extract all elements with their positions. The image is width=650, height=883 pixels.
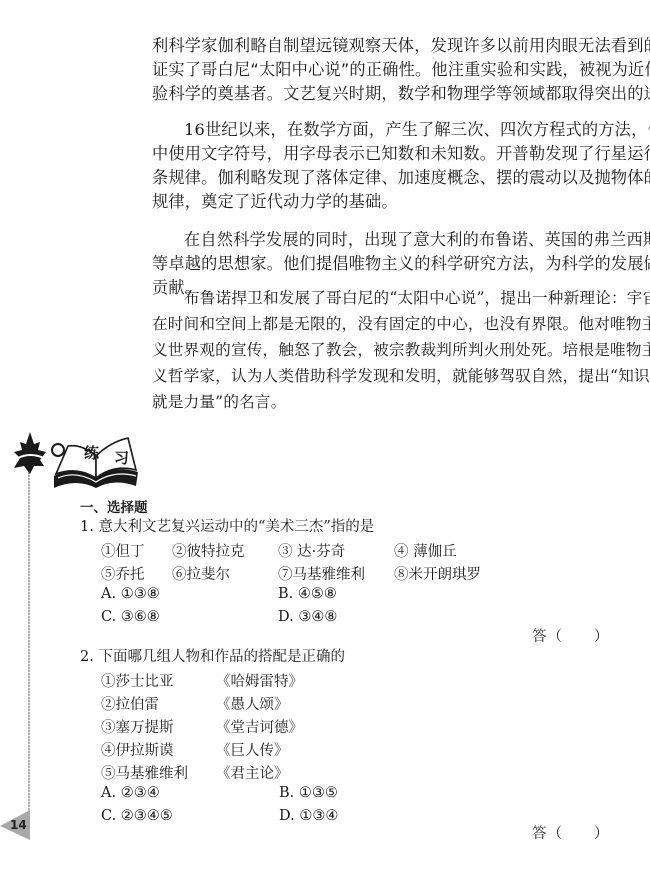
option-item: ②彼特拉克 [172, 540, 245, 561]
paragraph-bruno-bacon: 布鲁诺捍卫和发展了哥白尼的“太阳中心说”，提出一种新理论：宇宙 在时间和空间上都… [152, 285, 626, 415]
answer-blank-2[interactable]: 答（ ） [532, 822, 610, 843]
page-number: 14 [10, 818, 27, 832]
paragraph-mathematics: 16世纪以来，在数学方面，产生了解三次、四次方程式的方法，代数学 中使用文字符号… [152, 118, 626, 214]
pair-work: 《愚人颂》 [216, 693, 289, 714]
pair-person: ④伊拉斯谟 [101, 739, 174, 760]
section-title: 一、选择题 [80, 496, 148, 516]
text-line: 在时间和空间上都是无限的，没有固定的中心，也没有界限。他对唯物主 [152, 311, 626, 337]
text-line: 规律，奠定了近代动力学的基础。 [152, 190, 626, 214]
question-1-stem: 1. 意大利文艺复兴运动中的“美术三杰”指的是 [80, 516, 374, 539]
choice-a[interactable]: A. ②③④ [101, 785, 160, 801]
text-line: 义世界观的宣传，触怒了教会，被宗教裁判所判火刑处死。培根是唯物主 [152, 337, 626, 363]
choice-d[interactable]: D. ③④⑧ [278, 609, 337, 625]
exercise-logo: 练 习 [10, 428, 140, 490]
text-line: 利科学家伽利略自制望远镜观察天体，发现许多以前用肉眼无法看到的星体， [152, 34, 626, 58]
svg-text:习: 习 [114, 449, 129, 467]
text-line: 中使用文字符号，用字母表示已知数和未知数。开普勒发现了行星运行的三 [152, 142, 626, 166]
choice-a[interactable]: A. ①③⑧ [101, 586, 160, 602]
pair-person: ⑤马基雅维利 [101, 762, 188, 783]
pair-work: 《堂吉诃德》 [216, 716, 303, 737]
question-text: 意大利文艺复兴运动中的“美术三杰”指的是 [98, 519, 374, 535]
option-item: ⑥拉斐尔 [172, 563, 230, 584]
question-text: 下面哪几组人物和作品的搭配是正确的 [98, 649, 345, 665]
pair-person: ②拉伯雷 [101, 693, 159, 714]
choice-c[interactable]: C. ③⑥⑧ [101, 609, 160, 625]
text-line: 等卓越的思想家。他们提倡唯物主义的科学研究方法，为科学的发展做出了 [152, 252, 626, 276]
choice-b[interactable]: B. ④⑤⑧ [278, 586, 337, 602]
pair-work: 《巨人传》 [216, 739, 289, 760]
option-item: ①但丁 [101, 540, 145, 561]
answer-blank-1[interactable]: 答（ ） [532, 625, 610, 646]
text-line: 在自然科学发展的同时，出现了意大利的布鲁诺、英国的弗兰西斯·培根 [152, 228, 626, 252]
margin-rule [28, 448, 30, 826]
svg-text:练: 练 [84, 444, 100, 462]
text-line: 16世纪以来，在数学方面，产生了解三次、四次方程式的方法，代数学 [152, 118, 626, 142]
pair-person: ③塞万提斯 [101, 716, 174, 737]
question-2-stem: 2. 下面哪几组人物和作品的搭配是正确的 [80, 646, 345, 669]
choice-c[interactable]: C. ②③④⑤ [101, 808, 173, 824]
option-item: ⑤乔托 [101, 563, 145, 584]
text-line: 验科学的奠基者。文艺复兴时期，数学和物理学等领域都取得突出的进展。 [152, 82, 626, 106]
question-number: 2. [80, 649, 94, 665]
pair-work: 《哈姆雷特》 [216, 670, 303, 691]
choice-d[interactable]: D. ①③④ [279, 808, 338, 824]
question-number: 1. [80, 519, 94, 535]
page-number-tab: 14 [0, 810, 30, 840]
pair-work: 《君主论》 [216, 762, 289, 783]
tree-icon: 练 习 [10, 428, 140, 490]
option-item: ③ 达·芬奇 [278, 540, 345, 561]
option-item: ⑦马基雅维利 [278, 563, 365, 584]
text-line: 义哲学家，认为人类借助科学发现和发明，就能够驾驭自然，提出“知识 [152, 363, 626, 389]
text-line: 条规律。伽利略发现了落体定律、加速度概念、摆的震动以及抛物体的运动 [152, 166, 626, 190]
pair-person: ①莎士比亚 [101, 670, 174, 691]
option-item: ⑧米开朗琪罗 [394, 563, 481, 584]
paragraph-galileo: 利科学家伽利略自制望远镜观察天体，发现许多以前用肉眼无法看到的星体， 证实了哥白… [152, 34, 626, 106]
text-line: 证实了哥白尼“太阳中心说”的正确性。他注重实验和实践，被视为近代实 [152, 58, 626, 82]
text-line: 就是力量”的名言。 [152, 389, 626, 415]
choice-b[interactable]: B. ①③⑤ [279, 785, 338, 801]
option-item: ④ 薄伽丘 [394, 540, 457, 561]
text-line: 布鲁诺捍卫和发展了哥白尼的“太阳中心说”，提出一种新理论：宇宙 [152, 285, 626, 311]
